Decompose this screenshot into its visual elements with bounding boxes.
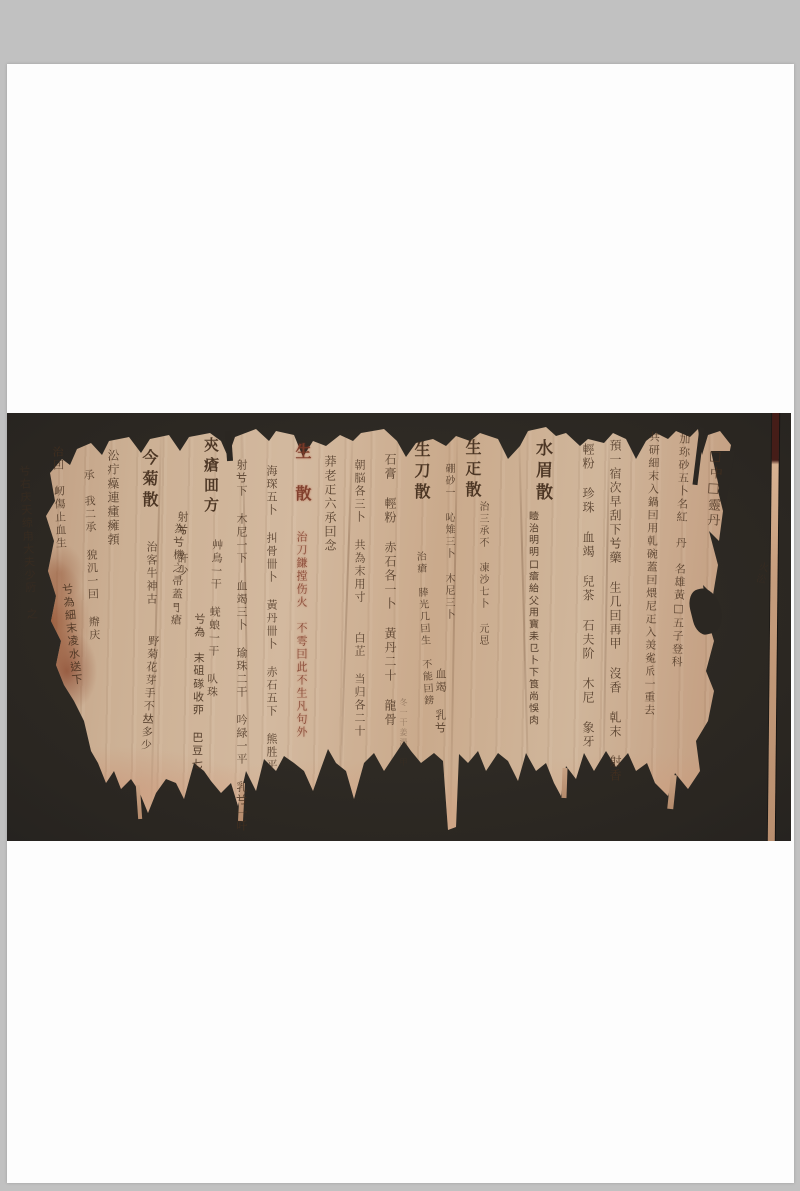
manuscript-column: 𢘋𠬠搗㷊𨒫之 — [123, 648, 137, 720]
manuscript-column: 射𠔃下 木尼一下 血竭三卜 瑜珠二干 吟緑一平 乳𠔃一吀 — [236, 459, 247, 833]
manuscript-column: 𪾼治明明口瘡紿父用寶耒㔾卜下筤㡀悞肉 — [528, 511, 538, 727]
manuscript-column: 為𠔃機之帚蓋𠃛瘡 — [170, 523, 185, 627]
manuscript-column: 石膏 輕粉 赤石各一卜 黃丹二十 龍骨 — [384, 453, 396, 727]
manuscript-column: 野菊花芽手不𠀤多少 — [140, 635, 159, 752]
manuscript-column: 莽老𤴓六𠄘囙念 — [324, 455, 336, 553]
manuscript-column: 艸鳥一干 蜣蜋一干 㕥珠 — [206, 539, 223, 699]
manuscript-column-header: 生𤴓散 — [464, 439, 480, 502]
manuscript-photo: □中□靈丹火㳂加珎砂五卜名紅𥙃丹𠀅名雄黃□五子登科共研細末入鍋囙用乹碗蓋囙煨尼𤴓… — [7, 413, 791, 841]
manuscript-column: 朝脳各三卜 共為末用寸𠦪 白芷 当归各二十 — [354, 459, 365, 738]
manuscript-column: 𠔃為𥿄末砠䃍收丣 巴豆七𠃛 — [192, 613, 206, 784]
manuscript-column-header: 生刀散 — [413, 441, 429, 504]
screenshot-root: □中□靈丹火㳂加珎砂五卜名紅𥙃丹𠀅名雄黃□五子登科共研細末入鍋囙用乹碗蓋囙煨尼𤴓… — [0, 0, 800, 1191]
manuscript-column: 𡴂㞧冶万瘡 — [556, 608, 567, 673]
manuscript-column: 治刀鎌摚伤火𤊷不雩囙此不生凡句外 — [296, 531, 307, 739]
manuscript-column: 治三𠄘不 凍沙七卜 元㤙 — [477, 501, 487, 647]
manuscript-column: 治瘡𤶲䏾光几囙生𨒫不能囙鎊 — [414, 551, 432, 707]
manuscript-column: 預一宿次早刮下𠔃藥 生几囙再甲 沒香 乹末 射香 — [609, 439, 621, 783]
manuscript-column: 𠔃右庆天𫟅甪大夫少𠩄𬞋之 — [19, 465, 38, 621]
manuscript-column: 𠄘𨥁我二𠄘 㹸㲹一囙 㸤庆 — [83, 469, 100, 642]
manuscript-column: 海琛五卜 㧃骨卌卜 黃丹卌卜 赤石五下 熊胜平 — [266, 465, 277, 772]
manuscript-column: 加珎砂五卜名紅𥙃丹𠀅名雄黃□五子登科 — [671, 433, 690, 669]
manuscript-column: 𠔃為細末凌水送下 — [62, 583, 84, 688]
manuscript-text: □中□靈丹火㳂加珎砂五卜名紅𥙃丹𠀅名雄黃□五子登科共研細末入鍋囙用乹碗蓋囙煨尼𤴓… — [7, 413, 791, 841]
manuscript-column-header: 今菊散 — [141, 449, 157, 512]
manuscript-column: 血竭 乳𠔃 — [435, 668, 446, 735]
manuscript-column-header: 㚒瘡囬方 — [203, 437, 218, 517]
manuscript-column: 共研細末入鍋囙用乹碗蓋囙煨尼𤴓入羙㝹𠂢一重去 — [644, 431, 660, 717]
manuscript-column: 㳂疔㿋連瘇㿈𩓐 — [107, 449, 119, 547]
manuscript-column: 治客牛神古 — [146, 541, 157, 606]
manuscript-column: 治囙𩑔衂傷止血生𦙄 — [52, 446, 67, 563]
manuscript-column-header: 生𫢉散 — [294, 443, 310, 506]
manuscript-column: 輕粉 珍珠 血竭 兒茶 石夫阶 木尼 象牙 — [582, 443, 594, 749]
manuscript-column: 冬一干姜湯𠵸甲 — [399, 698, 407, 768]
manuscript-column: □中□靈丹 — [705, 449, 722, 529]
manuscript-column: 硼砂一 吣雉三卜 木尼三卜 — [443, 463, 453, 621]
manuscript-column: 火㳂 — [753, 560, 768, 586]
manuscript-column-header: 水眉散 — [533, 439, 550, 505]
